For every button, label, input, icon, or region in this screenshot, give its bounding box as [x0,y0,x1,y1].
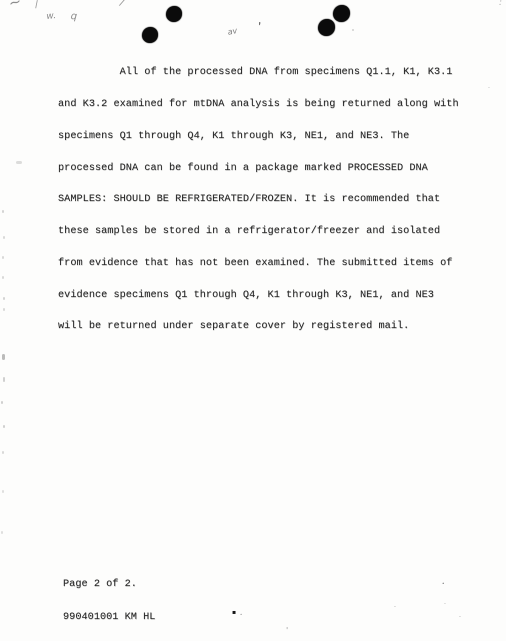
noise-speck [2,354,5,360]
pen-mark: \ [33,0,39,11]
noise-speck [3,425,5,428]
noise-speck [2,210,4,213]
noise-speck [2,490,4,493]
pen-mark: q [70,12,77,22]
pen-mark: . [488,82,491,90]
paragraph-line: processed DNA can be found in a package … [58,164,459,175]
pen-mark: , [255,15,263,26]
letter-body-paragraph: All of the processed DNA from specimens … [58,47,459,354]
noise-speck [2,276,4,279]
paragraph-line: these samples be stored in a refrigerato… [58,227,459,238]
pen-mark: ' [286,627,288,635]
paragraph-line: and K3.2 examined for mtDNA analysis is … [58,100,459,111]
noise-speck [2,256,4,259]
pen-mark: . [442,577,445,587]
noise-speck [1,401,3,404]
paragraph-line: All of the processed DNA from specimens … [58,68,459,79]
paragraph-line: specimens Q1 through Q4, K1 through K3, … [58,132,459,143]
noise-speck [3,236,5,239]
pen-mark: . [444,598,447,606]
noise-speck [352,29,354,31]
paragraph-line: will be returned under separate cover by… [58,322,459,333]
scanned-document-page: ~\/w.qav,▪.'....:. All of the processed … [0,0,506,641]
pen-mark: ~ [7,0,23,11]
paragraph-line: from evidence that has not been examined… [58,259,459,270]
paragraph-line: evidence specimens Q1 through Q4, K1 thr… [58,291,459,302]
pen-mark: ▪ [232,610,236,616]
noise-speck [2,451,4,454]
pen-mark: : [499,0,502,8]
noise-speck [16,161,22,164]
case-reference-label: 990401001 KM HL [63,612,155,623]
page-number-label: Page 2 of 2. [63,579,155,590]
ink-dot [142,27,158,43]
ink-dot [318,19,335,36]
noise-speck [3,297,5,300]
paragraph-line: SAMPLES: SHOULD BE REFRIGERATED/FROZEN. … [58,195,459,206]
ink-dot [333,5,350,22]
noise-speck [1,531,3,534]
pen-mark: av [227,27,238,37]
ink-dot [166,6,182,22]
pen-mark: / [119,0,125,8]
page-footer: Page 2 of 2. 990401001 KM HL [63,557,155,641]
pen-mark: . [240,609,243,618]
noise-speck [3,308,5,311]
pen-mark: . [459,611,462,619]
pen-mark: w. [46,12,57,22]
noise-speck [3,377,5,382]
pen-mark: . [394,601,397,609]
